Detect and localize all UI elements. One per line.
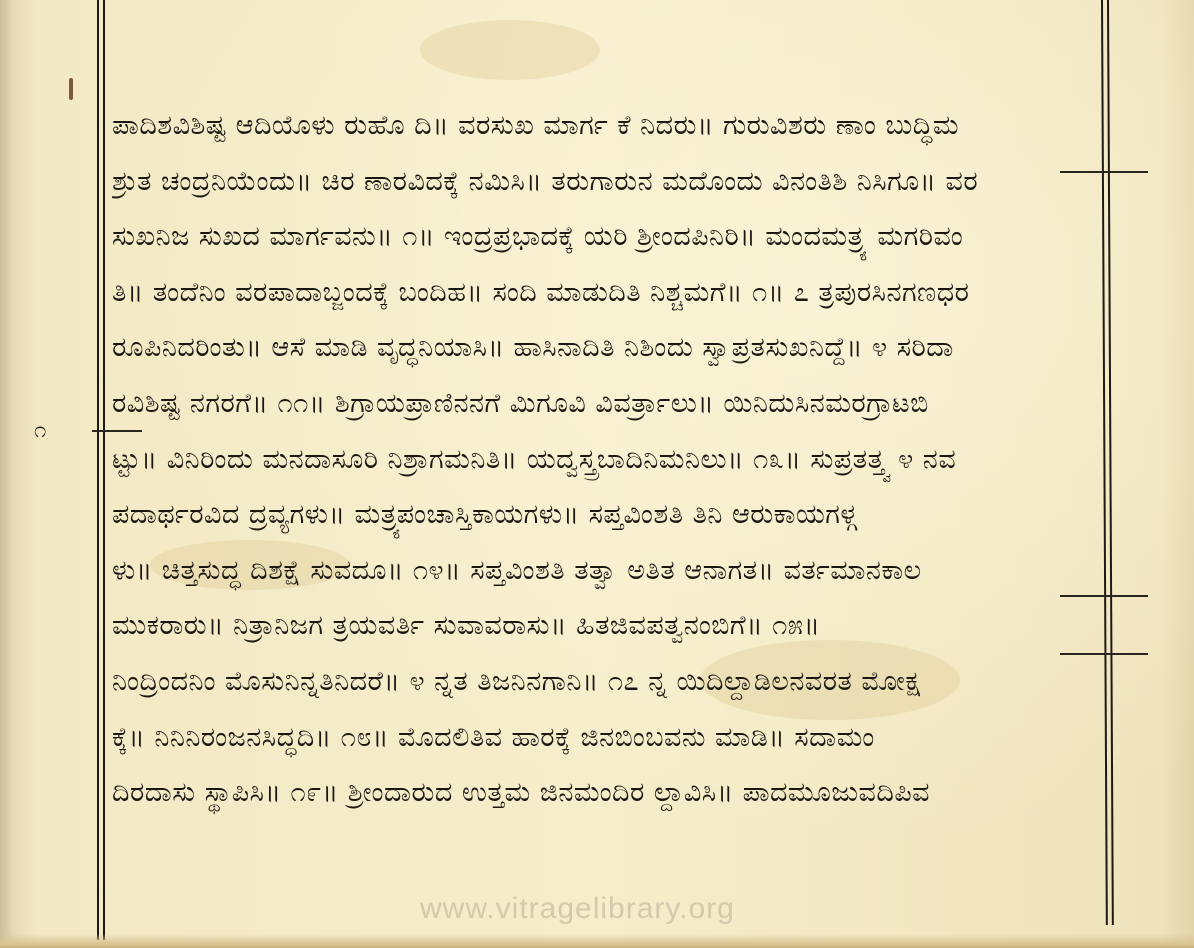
folio-number: ೧ bbox=[34, 418, 46, 443]
text-line: ಳು॥ ಚಿತ್ತಸುದ್ಧ ದಿಶಕ್ಷೆ ಸುವದೂ॥ ೧೪॥ ಸಪ್ತವಿ… bbox=[112, 543, 1097, 599]
text-line: ರೂಪಿನಿದರಿಂತು॥ ಆಸೆ ಮಾಡಿ ವೃದ್ಧನಿಯಾಸಿ॥ ಹಾಸಿ… bbox=[112, 320, 1097, 376]
text-line: ಪದಾರ್ಥರವಿದ ದ್ರವ್ಯಗಳು॥ ಮತ್ರ್ಯಪಂಚಾಸ್ತಿಕಾಯಗ… bbox=[112, 487, 1097, 543]
manuscript-text: ಪಾದಿಶವಿಶಿಷ್ಟ ಆದಿಯೊಳು ರುಹೊ ದಿ॥ ವರಸುಖ ಮಾರ್… bbox=[112, 98, 1097, 821]
text-line: ಪಾದಿಶವಿಶಿಷ್ಟ ಆದಿಯೊಳು ರುಹೊ ದಿ॥ ವರಸುಖ ಮಾರ್… bbox=[112, 98, 1097, 154]
left-margin-rule-inner bbox=[103, 0, 105, 940]
text-line: ನಿಂದ್ರಿಂದನಿಂ ಮೊಸುನಿನ್ನತಿನಿದರೆ॥ ೪ ನ್ನತ ತಿ… bbox=[112, 654, 1097, 710]
manuscript-page: ೧ ಪಾದಿಶವಿಶಿಷ್ಟ ಆದಿಯೊಳು ರುಹೊ ದಿ॥ ವರಸುಖ ಮಾ… bbox=[0, 0, 1194, 948]
text-line: ಮುಕರಾರು॥ ನಿತ್ರಾನಿಜಗ ತ್ರಯವರ್ತಿ ಸುವಾವರಾಸು॥… bbox=[112, 598, 1097, 654]
text-line: ದಿರದಾಸು ಸ್ಥಾಪಿಸಿ॥ ೧೯॥ ಶ್ರೀಂದಾರುದ ಉತ್ತಮ ಜ… bbox=[112, 765, 1097, 821]
text-line: ರವಿಶಿಷ್ಟ ನಗರಗೆ॥ ೧೧॥ ಶಿಗ್ರಾಯಪ್ರಾಣಿನನಗೆ ಮಿ… bbox=[112, 376, 1097, 432]
library-watermark: www.vitragelibrary.org bbox=[420, 892, 735, 926]
text-line: ಟ್ಟು॥ ವಿನಿರಿಂದು ಮನದಾಸೂರಿ ನಿಶ್ರಾಗಮನಿತಿ॥ ಯ… bbox=[112, 432, 1097, 488]
page-bottom-edge bbox=[0, 934, 1194, 948]
paper-stain bbox=[420, 20, 600, 80]
text-line: ಸುಖನಿಜ ಸುಖದ ಮಾರ್ಗವನು॥ ೧॥ ಇಂದ್ರಪ್ರಭಾದಕ್ಕೆ… bbox=[112, 209, 1097, 265]
text-line: ಶ್ರುತ ಚಂದ್ರನಿಯೆಂದು॥ ಚಿರ ಣಾರವಿದಕ್ಕೆ ನಮಿಸಿ… bbox=[112, 154, 1097, 210]
text-line: ಕ್ಕೆ॥ ನಿನಿನಿರಂಜನಸಿದ್ಧದಿ॥ ೧೮॥ ಮೊದಲಿತಿವ ಹಾ… bbox=[112, 710, 1097, 766]
right-margin-rule-inner bbox=[1107, 0, 1114, 925]
text-line: ತಿ॥ ತಂದೆನಿಂ ವರಪಾದಾಬ್ಜಂದಕ್ಕೆ ಬಂದಿಹ॥ ಸಂದಿ … bbox=[112, 265, 1097, 321]
left-margin-rule-outer bbox=[97, 0, 99, 940]
margin-tick-mark bbox=[69, 78, 73, 100]
